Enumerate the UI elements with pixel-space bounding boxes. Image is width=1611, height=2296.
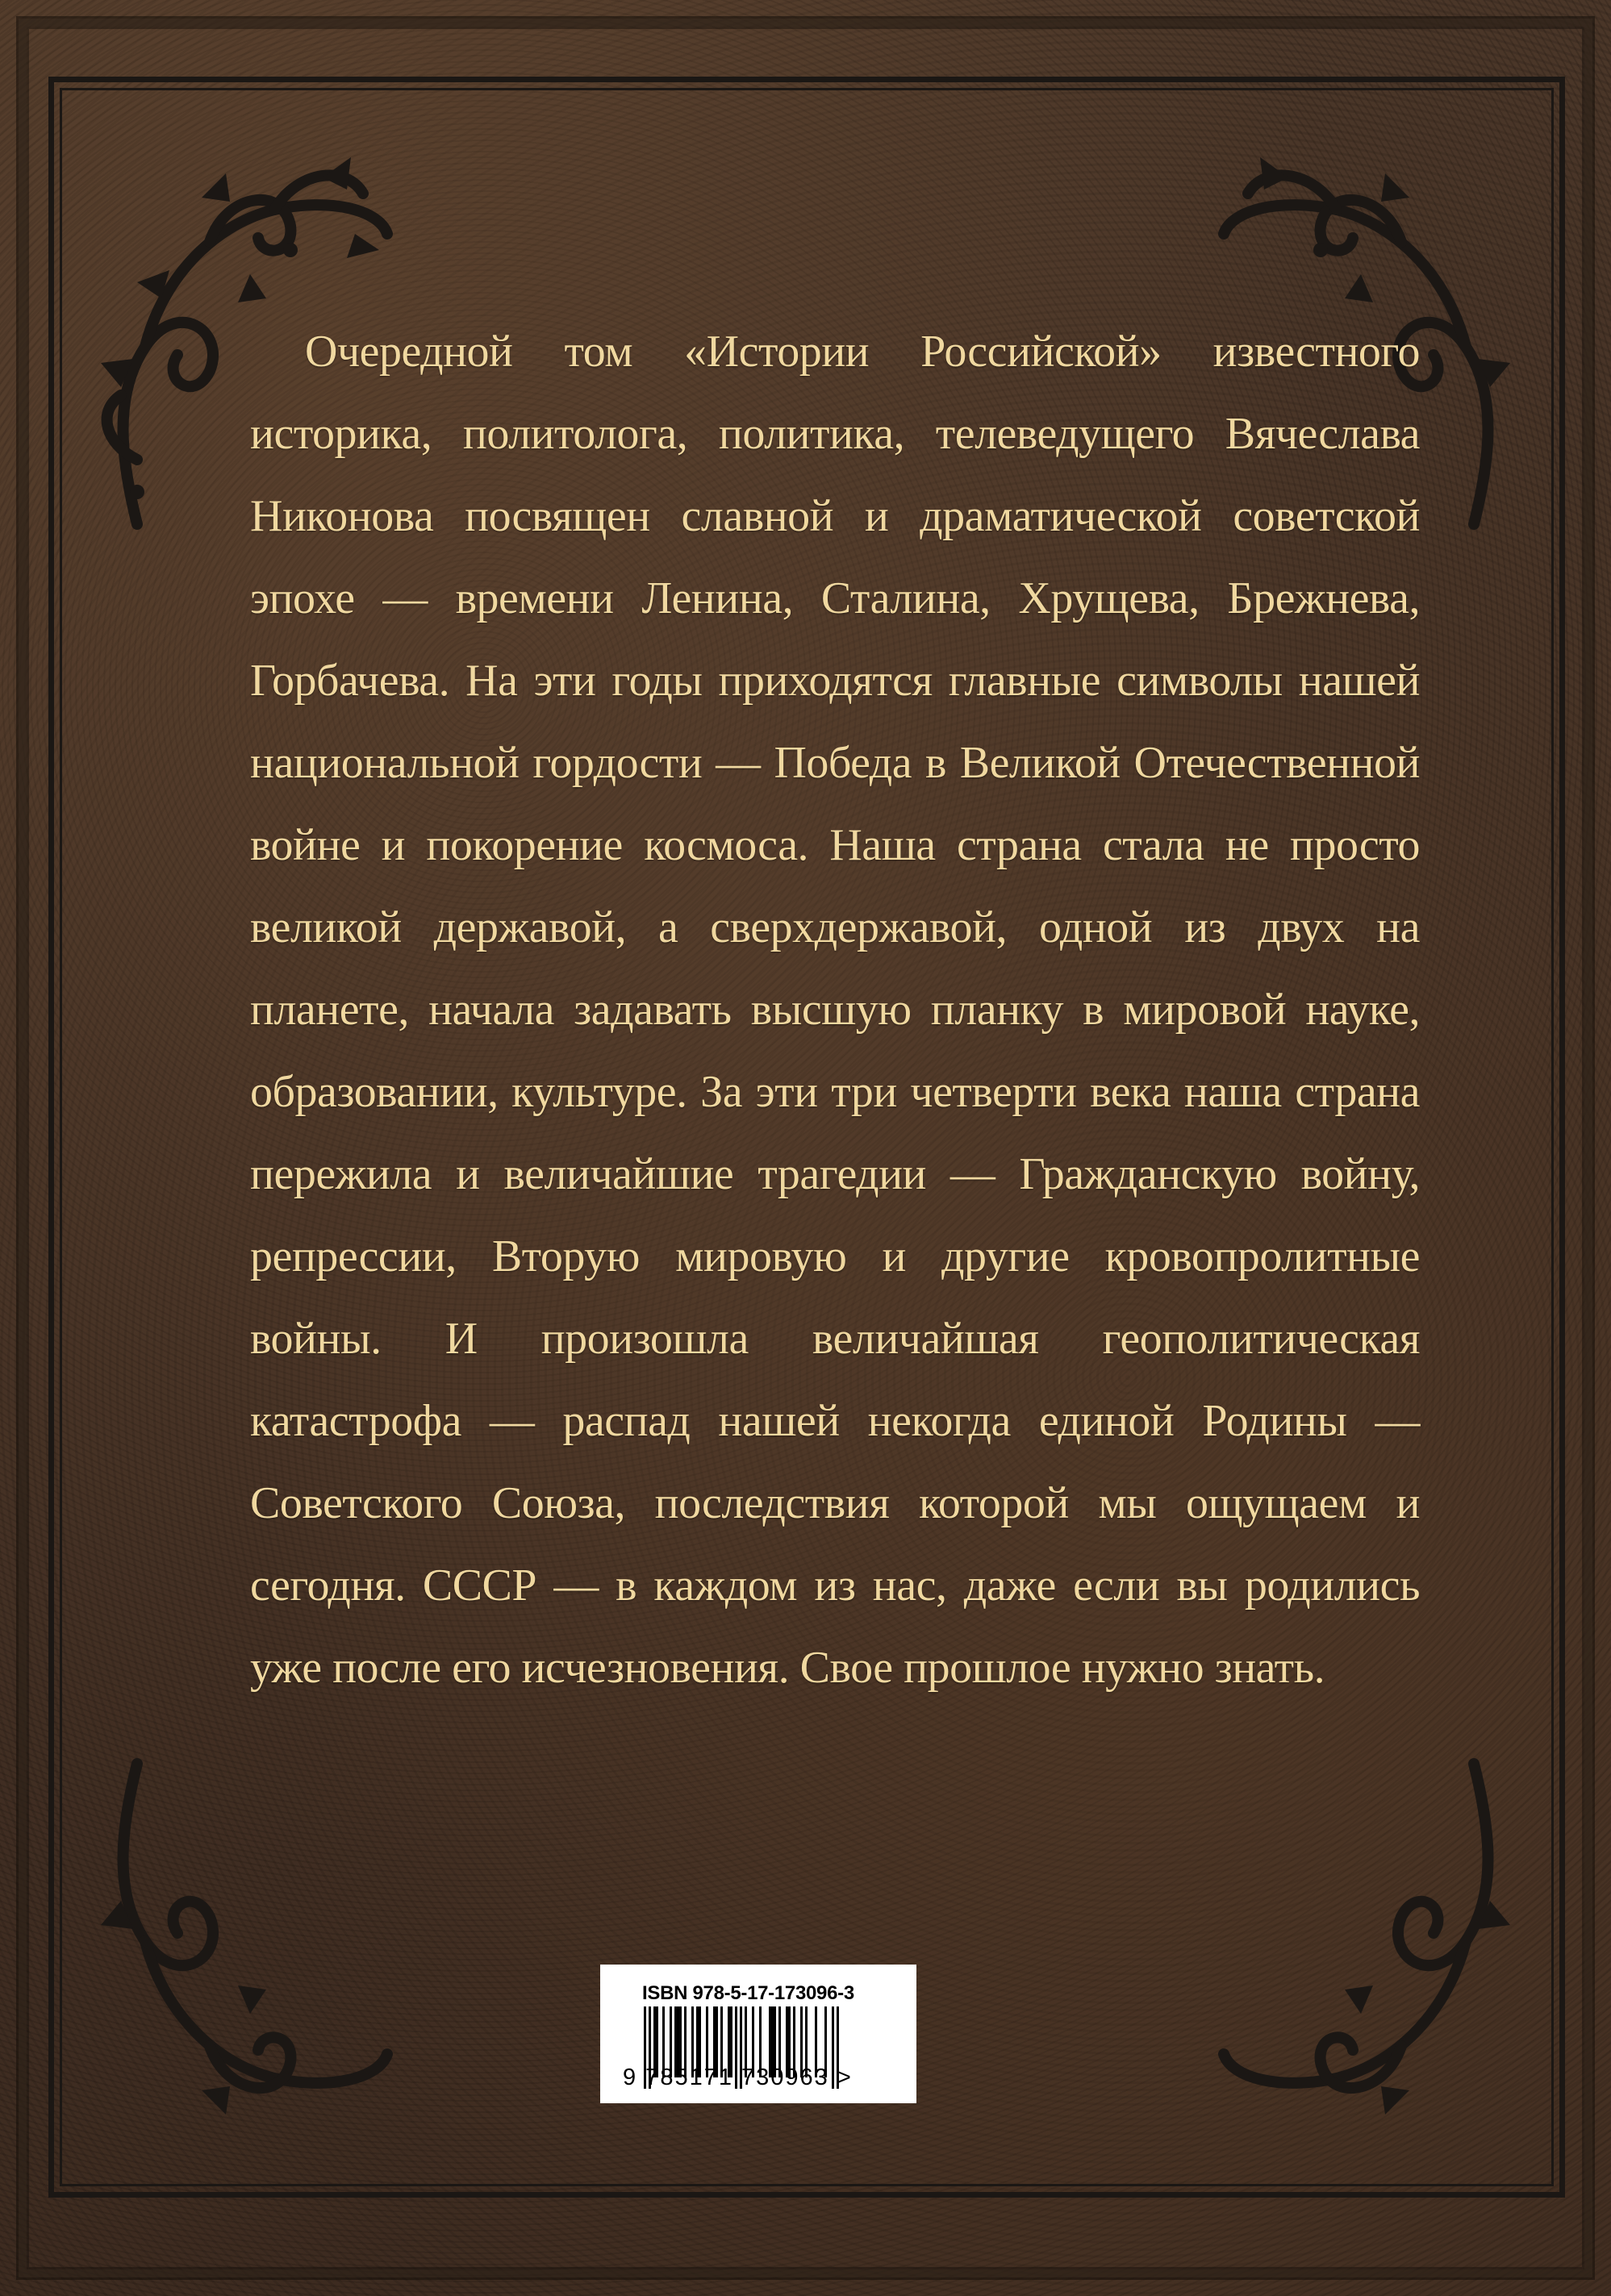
flourish-ornament-icon [1216, 1748, 1522, 2167]
barcode-digits: 9 785171 730963 > [623, 2065, 905, 2091]
flourish-ornament-icon [89, 1748, 395, 2167]
description-paragraph: Очередной том «Истории Российской» извес… [250, 310, 1420, 1709]
book-back-cover: Очередной том «Истории Российской» извес… [0, 0, 1611, 2296]
isbn-barcode-label: ISBN 978-5-17-173096-3 9 785171 730963 > [600, 1965, 916, 2103]
isbn-number: ISBN 978-5-17-173096-3 [642, 1982, 854, 2005]
book-description: Очередной том «Истории Российской» извес… [250, 310, 1420, 1709]
